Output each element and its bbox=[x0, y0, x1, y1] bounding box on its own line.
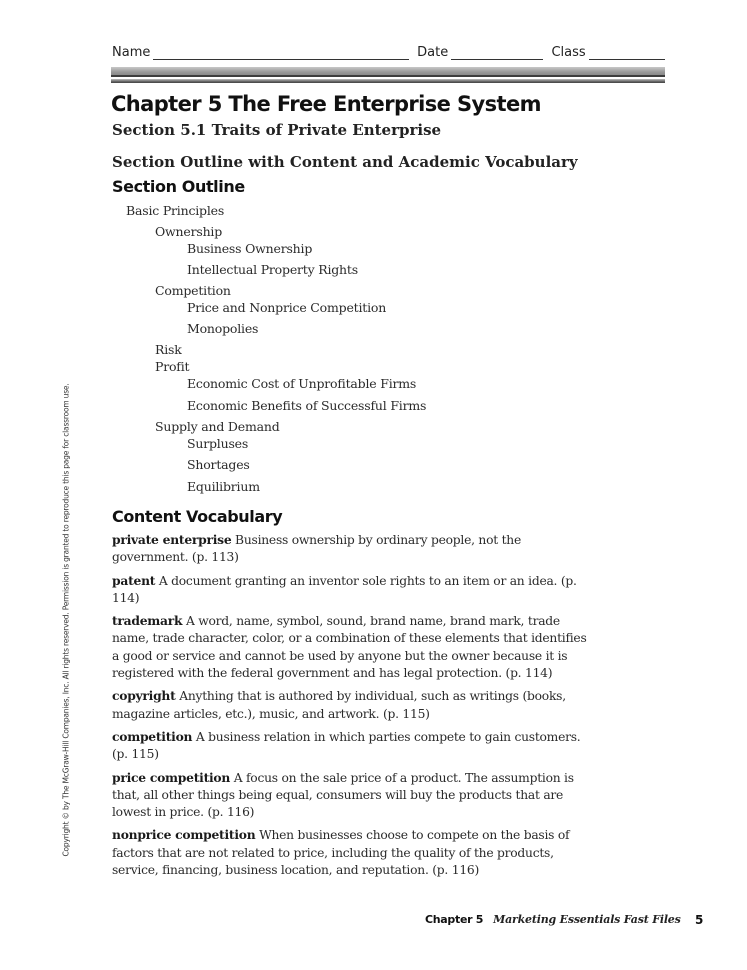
outline-item: Shortages bbox=[187, 457, 250, 472]
vocab-term: trademark bbox=[112, 613, 182, 628]
outline-item: Surpluses bbox=[187, 436, 248, 451]
outline-item: Economic Benefits of Successful Firms bbox=[187, 398, 426, 413]
vocab-entry: copyright Anything that is authored by i… bbox=[112, 687, 597, 723]
vocab-term: price competition bbox=[112, 770, 230, 785]
vocab-definition: A word, name, symbol, sound, brand name,… bbox=[112, 614, 587, 680]
outline-item: Business Ownership bbox=[187, 241, 312, 256]
vocab-entry: private enterprise Business ownership by… bbox=[112, 531, 597, 567]
vocab-term: patent bbox=[112, 573, 155, 588]
vocab-entry: patent A document granting an inventor s… bbox=[112, 572, 597, 608]
outline-item: Equilibrium bbox=[187, 479, 260, 494]
page-footer: Chapter 5 Marketing Essentials Fast File… bbox=[425, 913, 681, 929]
footer-book-title: Marketing Essentials Fast Files bbox=[493, 913, 680, 926]
name-blank[interactable] bbox=[153, 47, 409, 60]
divider-bar-bottom bbox=[111, 79, 665, 83]
vocab-entry: price competition A focus on the sale pr… bbox=[112, 769, 597, 822]
outline-item: Profit bbox=[155, 359, 189, 374]
vocab-entry: competition A business relation in which… bbox=[112, 728, 597, 764]
outline-item: Risk bbox=[155, 342, 182, 357]
footer-chapter: Chapter 5 bbox=[425, 913, 483, 926]
copyright-notice: Copyright © by The McGraw-Hill Companies… bbox=[62, 383, 71, 856]
divider-bar-top bbox=[111, 67, 665, 75]
content-vocabulary-heading: Content Vocabulary bbox=[112, 507, 282, 526]
section-outline-heading: Section Outline bbox=[112, 177, 245, 196]
vocab-term: competition bbox=[112, 729, 192, 744]
outline-item: Price and Nonprice Competition bbox=[187, 300, 386, 315]
content-vocabulary-list: private enterprise Business ownership by… bbox=[112, 531, 597, 884]
outline-item: Basic Principles bbox=[126, 203, 224, 218]
page-number: 5 bbox=[695, 913, 703, 927]
vocab-term: private enterprise bbox=[112, 532, 231, 547]
class-label: Class bbox=[551, 45, 585, 60]
divider-line bbox=[111, 75, 665, 77]
vocab-definition: A document granting an inventor sole rig… bbox=[112, 574, 577, 605]
vocab-term: nonprice competition bbox=[112, 827, 255, 842]
class-blank[interactable] bbox=[589, 47, 665, 60]
name-label: Name bbox=[112, 45, 150, 60]
vocab-entry: trademark A word, name, symbol, sound, b… bbox=[112, 612, 597, 682]
chapter-title: Chapter 5 The Free Enterprise System bbox=[111, 92, 541, 116]
outline-item: Supply and Demand bbox=[155, 419, 280, 434]
outline-item: Economic Cost of Unprofitable Firms bbox=[187, 376, 416, 391]
vocab-term: copyright bbox=[112, 688, 176, 703]
outline-item: Competition bbox=[155, 283, 231, 298]
vocab-definition: Anything that is authored by individual,… bbox=[112, 689, 566, 720]
outline-item: Ownership bbox=[155, 224, 222, 239]
section-title: Section 5.1 Traits of Private Enterprise bbox=[112, 121, 441, 139]
date-blank[interactable] bbox=[451, 47, 543, 60]
header-divider bbox=[111, 67, 665, 85]
outline-item: Intellectual Property Rights bbox=[187, 262, 358, 277]
vocab-entry: nonprice competition When businesses cho… bbox=[112, 826, 597, 879]
student-info-header: Name Date Class bbox=[112, 40, 665, 60]
date-label: Date bbox=[417, 45, 448, 60]
outline-heading: Section Outline with Content and Academi… bbox=[112, 153, 578, 171]
outline-item: Monopolies bbox=[187, 321, 258, 336]
